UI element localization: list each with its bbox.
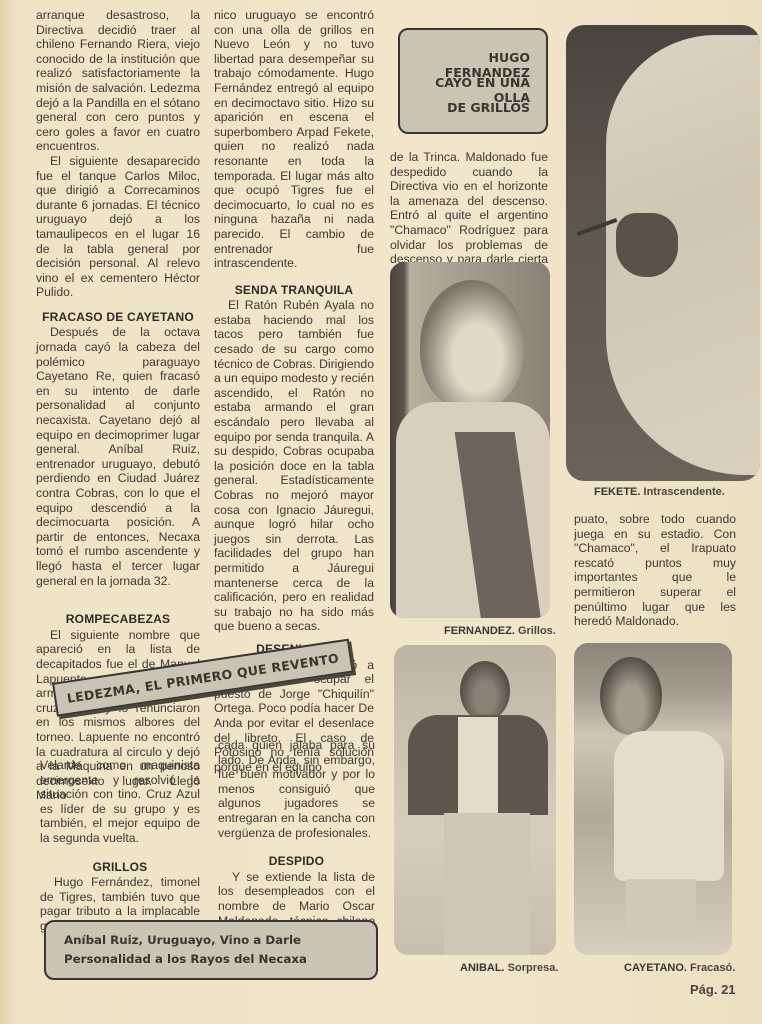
caption-desc: Intrascendente. [644, 486, 725, 498]
paragraph: Después de la octava jornada cayó la cab… [36, 325, 200, 588]
paragraph: El siguiente desaparecido fue el tanque … [36, 154, 200, 300]
paragraph: puato, sobre todo cuando juega en su est… [574, 512, 736, 629]
photo-glasses-shape [616, 213, 678, 277]
banner-text: Aníbal Ruiz, Uruguayo, Vino a Darle Pers… [64, 931, 370, 969]
paragraph: Velarde como maquinista emergente y reso… [40, 758, 200, 846]
headline-banner-anibal: Aníbal Ruiz, Uruguayo, Vino a Darle Pers… [44, 920, 378, 980]
column-1-continued: Velarde como maquinista emergente y reso… [40, 758, 200, 934]
caption-name: ANIBAL. [460, 962, 505, 974]
photo-shirt-shape [614, 731, 724, 881]
photo-trousers-shape [444, 813, 530, 955]
photo-head-shape [460, 661, 510, 721]
photo-anibal [394, 645, 556, 955]
photo-cayetano [574, 643, 732, 955]
section-heading: FRACASO DE CAYETANO [36, 310, 200, 325]
page-number: Pág. 21 [690, 982, 736, 997]
caption-desc: Fracasó. [690, 962, 735, 974]
caption-cayetano: CAYETANO. Fracasó. [624, 962, 735, 974]
photo-head-shape [600, 657, 662, 735]
photo-shirt-shape [458, 717, 498, 817]
section-heading: SENDA TRANQUILA [214, 283, 374, 298]
caption-name: FERNANDEZ. [444, 625, 515, 637]
photo-fekete [566, 25, 760, 481]
caption-desc: Grillos. [518, 625, 556, 637]
caption-fernandez: FERNANDEZ. Grillos. [444, 625, 556, 637]
paragraph: nico uruguayo se encontró con una olla d… [214, 8, 374, 271]
headline-banner-hugo: HUGO FERNANDEZ CAYO EN UNA OLLA DE GRILL… [398, 28, 548, 134]
caption-desc: Sorpresa. [508, 962, 559, 974]
photo-shorts-shape [626, 879, 696, 939]
photo-fernandez [390, 262, 550, 618]
banner-line: DE GRILLOS [447, 100, 530, 115]
section-heading: GRILLOS [40, 860, 200, 875]
paragraph: El Ratón Rubén Ayala no estaba haciendo … [214, 298, 374, 634]
paragraph: cada quien jalaba para su lado. De Anda,… [218, 738, 375, 840]
paragraph: arranque desastroso, la Directiva decidi… [36, 8, 200, 154]
caption-name: FEKETE. [594, 486, 640, 498]
photo-head-shape [420, 280, 524, 410]
section-heading: DESPIDO [218, 854, 375, 869]
caption-fekete: FEKETE. Intrascendente. [594, 486, 725, 498]
caption-anibal: ANIBAL. Sorpresa. [460, 962, 558, 974]
caption-name: CAYETANO. [624, 962, 687, 974]
section-heading: ROMPECABEZAS [36, 612, 200, 627]
